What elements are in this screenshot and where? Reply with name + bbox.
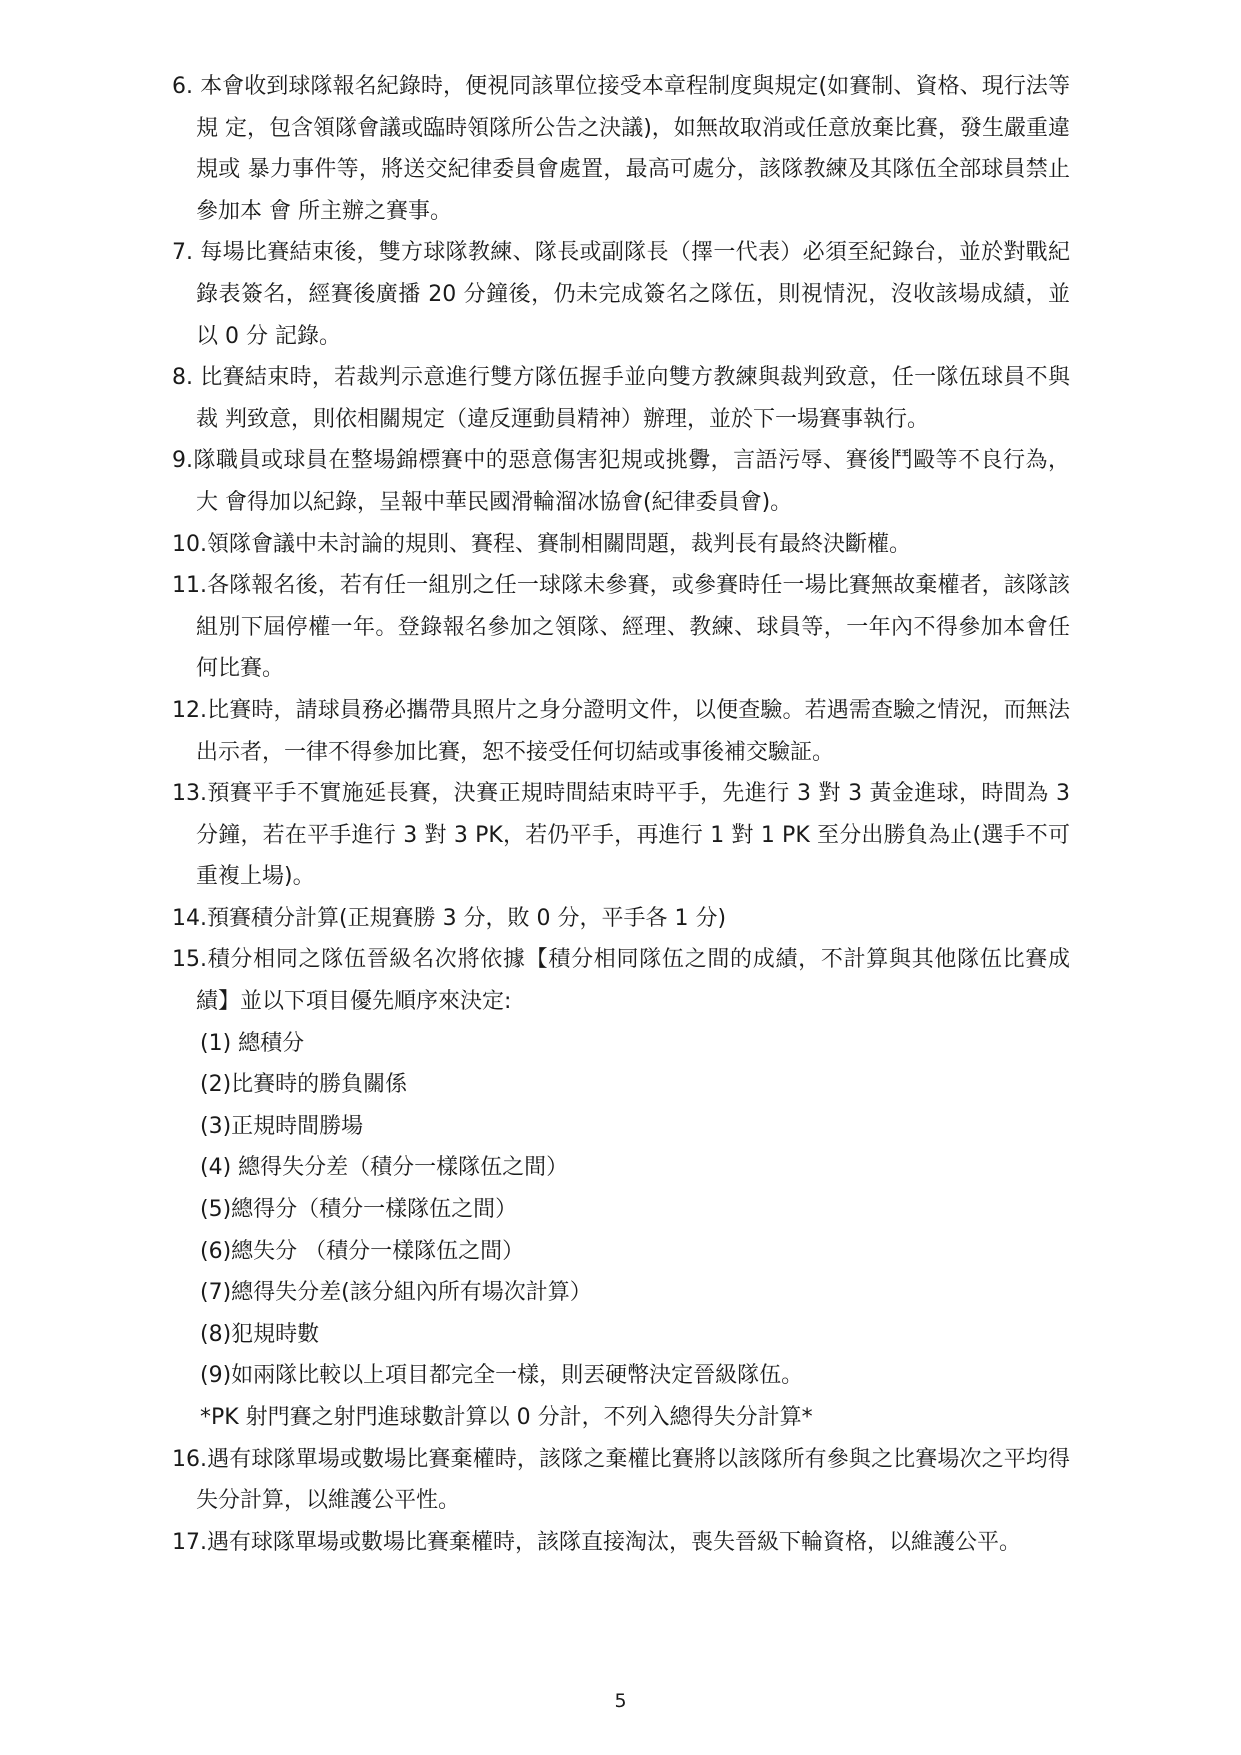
rule-item: 16.遇有球隊單場或數場比賽棄權時，該隊之棄權比賽將以該隊所有參與之比賽場次之平… [172, 1439, 1070, 1522]
rule-item: 10.領隊會議中未討論的規則、賽程、賽制相關問題，裁判長有最終決斷權。 [172, 524, 1070, 566]
rule-subitem: (4) 總得失分差（積分一樣隊伍之間） [172, 1147, 1070, 1189]
rule-item: 11.各隊報名後，若有任一組別之任一球隊未參賽，或參賽時任一場比賽無故棄權者，該… [172, 565, 1070, 690]
rule-subitem: (6)總失分 （積分一樣隊伍之間） [172, 1231, 1070, 1273]
document-page: 6. 本會收到球隊報名紀錄時，便視同該單位接受本章程制度與規定(如賽制、資格、現… [0, 0, 1241, 1755]
rule-item: 6. 本會收到球隊報名紀錄時，便視同該單位接受本章程制度與規定(如賽制、資格、現… [172, 66, 1070, 232]
rule-item: 9.隊職員或球員在整場錦標賽中的惡意傷害犯規或挑釁，言語污辱、賽後鬥毆等不良行為… [172, 440, 1070, 523]
rule-item: 17.遇有球隊單場或數場比賽棄權時，該隊直接淘汰，喪失晉級下輪資格，以維護公平。 [172, 1522, 1070, 1564]
rules-list: 6. 本會收到球隊報名紀錄時，便視同該單位接受本章程制度與規定(如賽制、資格、現… [172, 66, 1070, 1563]
rule-subitem: (3)正規時間勝場 [172, 1106, 1070, 1148]
rule-item: 15.積分相同之隊伍晉級名次將依據【積分相同隊伍之間的成績，不計算與其他隊伍比賽… [172, 939, 1070, 1022]
rule-subitem: (9)如兩隊比較以上項目都完全一樣，則丟硬幣決定晉級隊伍。 [172, 1355, 1070, 1397]
rule-subitem: (7)總得失分差(該分組內所有場次計算） [172, 1272, 1070, 1314]
rule-item: 14.預賽積分計算(正規賽勝 3 分，敗 0 分，平手各 1 分) [172, 898, 1070, 940]
page-number: 5 [0, 1686, 1241, 1716]
rule-item: 8. 比賽結束時，若裁判示意進行雙方隊伍握手並向雙方教練與裁判致意，任一隊伍球員… [172, 357, 1070, 440]
rule-item: 13.預賽平手不實施延長賽，決賽正規時間結束時平手，先進行 3 對 3 黃金進球… [172, 773, 1070, 898]
rule-item: 12.比賽時，請球員務必攜帶具照片之身分證明文件，以便查驗。若遇需查驗之情況，而… [172, 690, 1070, 773]
rule-item: 7. 每場比賽結束後，雙方球隊教練、隊長或副隊長（擇一代表）必須至紀錄台，並於對… [172, 232, 1070, 357]
rule-subitem: (8)犯規時數 [172, 1314, 1070, 1356]
rule-subitem: (5)總得分（積分一樣隊伍之間） [172, 1189, 1070, 1231]
pk-note: *PK 射門賽之射門進球數計算以 0 分計，不列入總得失分計算* [172, 1397, 1070, 1439]
rule-subitem: (2)比賽時的勝負關係 [172, 1064, 1070, 1106]
rule-subitem: (1) 總積分 [172, 1023, 1070, 1065]
